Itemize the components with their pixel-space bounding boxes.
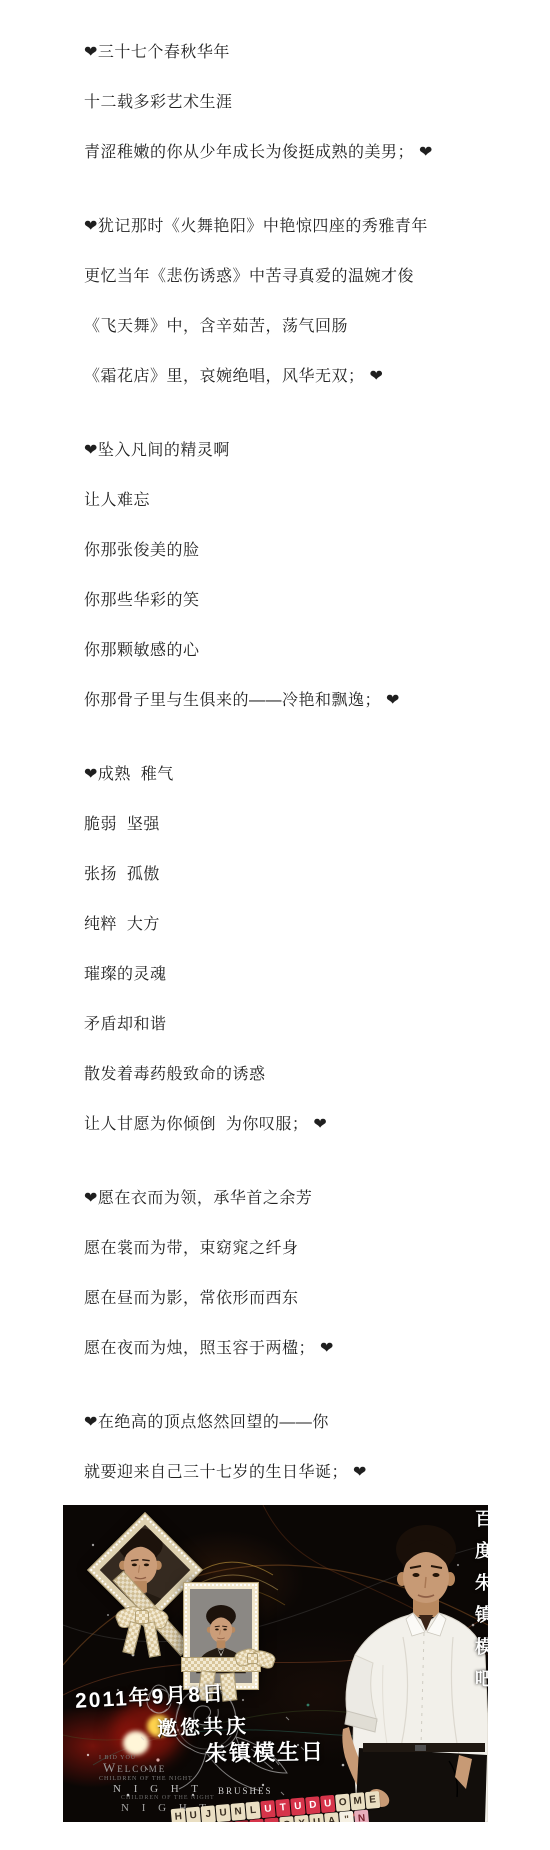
poem-line: 你那颗敏感的心	[84, 643, 550, 659]
letter-tile: H	[171, 1808, 186, 1822]
letter-tile: "	[339, 1811, 354, 1822]
poem-line: 《飞天舞》中，含辛茹苦，荡气回肠	[84, 319, 550, 335]
letter-tile: A	[324, 1812, 339, 1822]
poem-line: ❤成熟 稚气	[84, 767, 550, 783]
poster-vertical-title: 百度朱镇模吧	[470, 1509, 488, 1701]
letter-tile: U	[320, 1795, 335, 1813]
poem-line: 脆弱 坚强	[84, 817, 550, 833]
poem-line: 你那骨子里与生俱来的——冷艳和飘逸； ❤	[84, 693, 550, 709]
letter-tile: L	[245, 1801, 260, 1819]
letter-tile	[219, 1821, 234, 1822]
poem-line: 散发着毒药般致命的诱惑	[84, 1067, 550, 1083]
stanza: ❤愿在衣而为领，承华首之余芳愿在裳而为带，束窈窕之纤身愿在昼而为影，常依形而西东…	[84, 1167, 550, 1357]
letter-tile: N	[354, 1810, 369, 1822]
stanza: ❤成熟 稚气脆弱 坚强张扬 孤傲纯粹 大方璀璨的灵魂矛盾却和谐散发着毒药般致命的…	[84, 743, 550, 1133]
poem-line: 愿在昼而为影，常依形而西东	[84, 1291, 550, 1307]
poem-line: 纯粹 大方	[84, 917, 550, 933]
poem-line: 愿在裳而为带，束窈窕之纤身	[84, 1241, 550, 1257]
poem-line: 让人甘愿为你倾倒 为你叹服； ❤	[84, 1117, 550, 1133]
poem-line: ❤愿在衣而为领，承华首之余芳	[84, 1191, 550, 1207]
birthday-poster-image[interactable]: 百度朱镇模吧 2011年9月8日 邀您共庆 朱镇模生日 I BID YOU We…	[63, 1505, 488, 1822]
letter-tile: U	[290, 1797, 305, 1815]
letter-tile: M	[350, 1792, 365, 1810]
ribbon-bow	[116, 1605, 186, 1665]
brushes-label: BRUSHES	[218, 1786, 273, 1796]
letter-tile: T	[275, 1799, 290, 1817]
poem-line: 愿在夜而为烛，照玉容于两楹； ❤	[84, 1341, 550, 1357]
poem-line: 青涩稚嫩的你从少年成长为俊挺成熟的美男； ❤	[84, 145, 550, 161]
letter-tile: E	[365, 1791, 380, 1809]
poem-line: 你那张俊美的脸	[84, 543, 550, 559]
poem-line: 张扬 孤傲	[84, 867, 550, 883]
poem-line: 璀璨的灵魂	[84, 967, 550, 983]
stanza: ❤坠入凡间的精灵啊让人难忘你那张俊美的脸你那些华彩的笑你那颗敏感的心你那骨子里与…	[84, 419, 550, 709]
gothic-line: Welcome	[103, 1760, 289, 1776]
ribbon-bow-2-knot	[247, 1653, 258, 1664]
letter-tile: J	[201, 1805, 216, 1822]
letter-tile: N	[230, 1803, 245, 1821]
stanza: ❤在绝高的顶点悠然回望的——你就要迎来自己三十七岁的生日华诞； ❤	[84, 1391, 550, 1481]
poem-line: ❤在绝高的顶点悠然回望的——你	[84, 1415, 550, 1431]
letter-tile: U	[260, 1800, 275, 1818]
stanza: ❤三十七个春秋华年十二载多彩艺术生涯青涩稚嫩的你从少年成长为俊挺成熟的美男； ❤	[84, 45, 550, 161]
letter-tile: D	[305, 1796, 320, 1814]
stanza: ❤犹记那时《火舞艳阳》中艳惊四座的秀雅青年更忆当年《悲伤诱惑》中苦寻真爱的温婉才…	[84, 195, 550, 385]
poem: ❤三十七个春秋华年十二载多彩艺术生涯青涩稚嫩的你从少年成长为俊挺成熟的美男； ❤…	[0, 0, 550, 1481]
poem-line: 就要迎来自己三十七岁的生日华诞； ❤	[84, 1465, 550, 1481]
poem-line: 十二载多彩艺术生涯	[84, 95, 550, 111]
poem-line: 更忆当年《悲伤诱惑》中苦寻真爱的温婉才俊	[84, 269, 550, 285]
gothic-line: CHILDREN OF THE NIGHT	[99, 1776, 289, 1782]
poem-line: ❤犹记那时《火舞艳阳》中艳惊四座的秀雅青年	[84, 219, 550, 235]
letter-tile	[234, 1820, 249, 1822]
poem-line: ❤坠入凡间的精灵啊	[84, 443, 550, 459]
letter-tile: U	[186, 1807, 201, 1822]
poem-line: 矛盾却和谐	[84, 1017, 550, 1033]
forum-post: ❤三十七个春秋华年十二载多彩艺术生涯青涩稚嫩的你从少年成长为俊挺成熟的美男； ❤…	[0, 0, 550, 1850]
letter-tile: U	[309, 1814, 324, 1822]
letter-tile: U	[215, 1804, 230, 1822]
poem-line: 《霜花店》里，哀婉绝唱，风华无双； ❤	[84, 369, 550, 385]
letter-tile: O	[335, 1794, 350, 1812]
letter-tile	[249, 1819, 264, 1822]
letter-tile	[264, 1817, 279, 1822]
letter-tile: X	[294, 1815, 309, 1822]
letter-tile: O	[279, 1816, 294, 1822]
poem-line: 你那些华彩的笑	[84, 593, 550, 609]
poem-line: ❤三十七个春秋华年	[84, 45, 550, 61]
poem-line: 让人难忘	[84, 493, 550, 509]
